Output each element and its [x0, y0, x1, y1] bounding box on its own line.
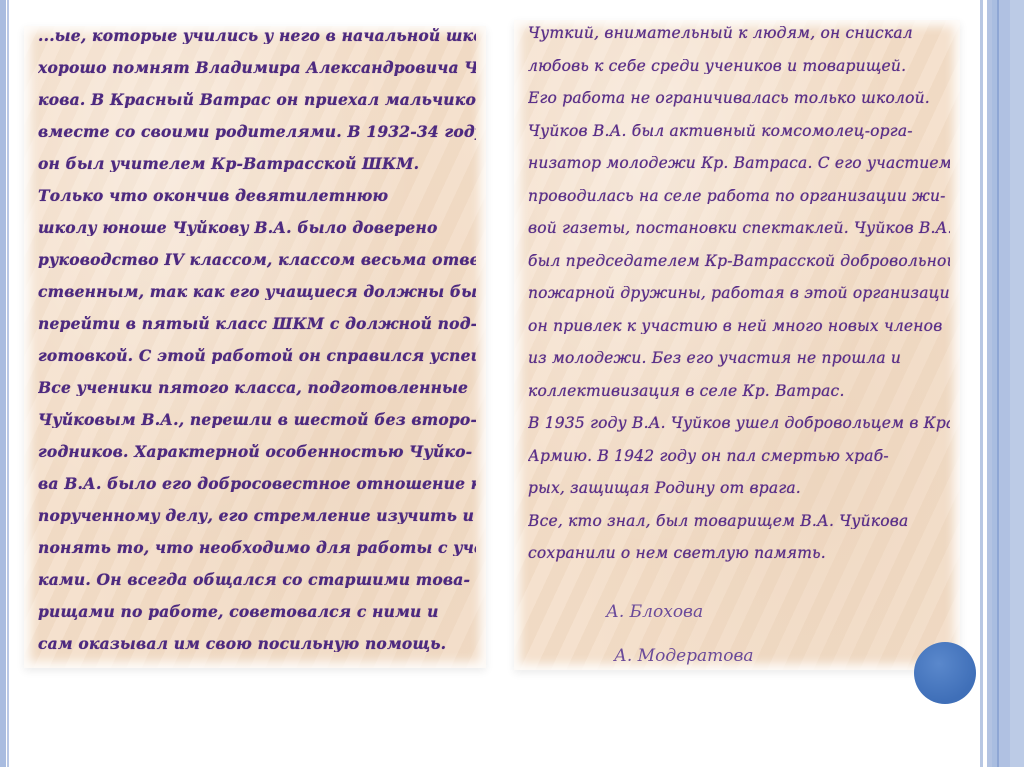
handwritten-line: Только что окончив девятилетнюю — [38, 188, 476, 204]
handwritten-line: понять то, что необходимо для работы с у… — [38, 540, 476, 556]
signature-2: А. Модератова — [614, 646, 754, 666]
handwritten-line: коллективизация в селе Кр. Ватрас. — [528, 384, 950, 400]
handwritten-line: сохранили о нем светлую память. — [528, 546, 950, 562]
manuscript-page-right: А. Блохова А. Модератова Чуткий, внимате… — [514, 20, 960, 670]
handwritten-line: Чуткий, внимательный к людям, он снискал — [528, 26, 950, 42]
handwritten-line: рых, защищая Родину от врага. — [528, 481, 950, 497]
handwritten-line: готовкой. С этой работой он справился ус… — [38, 348, 476, 364]
handwritten-line: был председателем Кр-Ватрасской добровол… — [528, 254, 950, 270]
handwritten-line: Чуйков В.А. был активный комсомолец-орга… — [528, 124, 950, 140]
handwritten-line: из молодежи. Без его участия не прошла и — [528, 351, 950, 367]
decorative-circle — [914, 642, 976, 704]
handwritten-line: рищами по работе, советовался с ними и — [38, 604, 476, 620]
handwritten-line: любовь к себе среди учеников и товарищей… — [528, 59, 950, 75]
handwritten-line: хорошо помнят Владимира Александровича Ч… — [38, 60, 476, 76]
handwritten-line: годников. Характерной особенностью Чуйко… — [38, 444, 476, 460]
handwritten-line: Армию. В 1942 году он пал смертью храб- — [528, 449, 950, 465]
handwritten-line: ками. Он всегда общался со старшими това… — [38, 572, 476, 588]
handwritten-line: Чуйковым В.А., перешли в шестой без втор… — [38, 412, 476, 428]
handwritten-line: кова. В Красный Ватрас он приехал мальчи… — [38, 92, 476, 108]
handwritten-line: пожарной дружины, работая в этой организ… — [528, 286, 950, 302]
manuscript-page-left: ...ые, которые учились у него в начально… — [24, 26, 486, 668]
signature-1: А. Блохова — [606, 602, 703, 622]
handwritten-line: проводилась на селе работа по организаци… — [528, 189, 950, 205]
handwritten-line: В 1935 году В.А. Чуйков ушел добровольце… — [528, 416, 950, 432]
handwritten-line: ...ые, которые учились у него в начально… — [38, 28, 476, 44]
handwritten-line: вместе со своими родителями. В 1932-34 г… — [38, 124, 476, 140]
handwritten-line: школу юноше Чуйкову В.А. было доверено — [38, 220, 476, 236]
slide-left-border — [0, 0, 9, 767]
handwritten-line: ва В.А. было его добросовестное отношени… — [38, 476, 476, 492]
handwritten-line: сам оказывал им свою посильную помощь. — [38, 636, 476, 652]
handwritten-line: низатор молодежи Кр. Ватраса. С его учас… — [528, 156, 950, 172]
handwritten-line: Все ученики пятого класса, подготовленны… — [38, 380, 476, 396]
handwritten-line: перейти в пятый класс ШКМ с должной под- — [38, 316, 476, 332]
handwritten-line: он привлек к участию в ней много новых ч… — [528, 319, 950, 335]
handwritten-line: Все, кто знал, был товарищем В.А. Чуйков… — [528, 514, 950, 530]
handwritten-line: Его работа не ограничивалась только школ… — [528, 91, 950, 107]
handwritten-line: вой газеты, постановки спектаклей. Чуйко… — [528, 221, 950, 237]
handwritten-line: он был учителем Кр-Ватрасской ШКМ. — [38, 156, 476, 172]
slide-right-stripes — [980, 0, 1024, 767]
handwritten-line: ственным, так как его учащиеся должны бы… — [38, 284, 476, 300]
handwritten-line: порученному делу, его стремление изучить… — [38, 508, 476, 524]
handwritten-line: руководство IV классом, классом весьма о… — [38, 252, 476, 268]
